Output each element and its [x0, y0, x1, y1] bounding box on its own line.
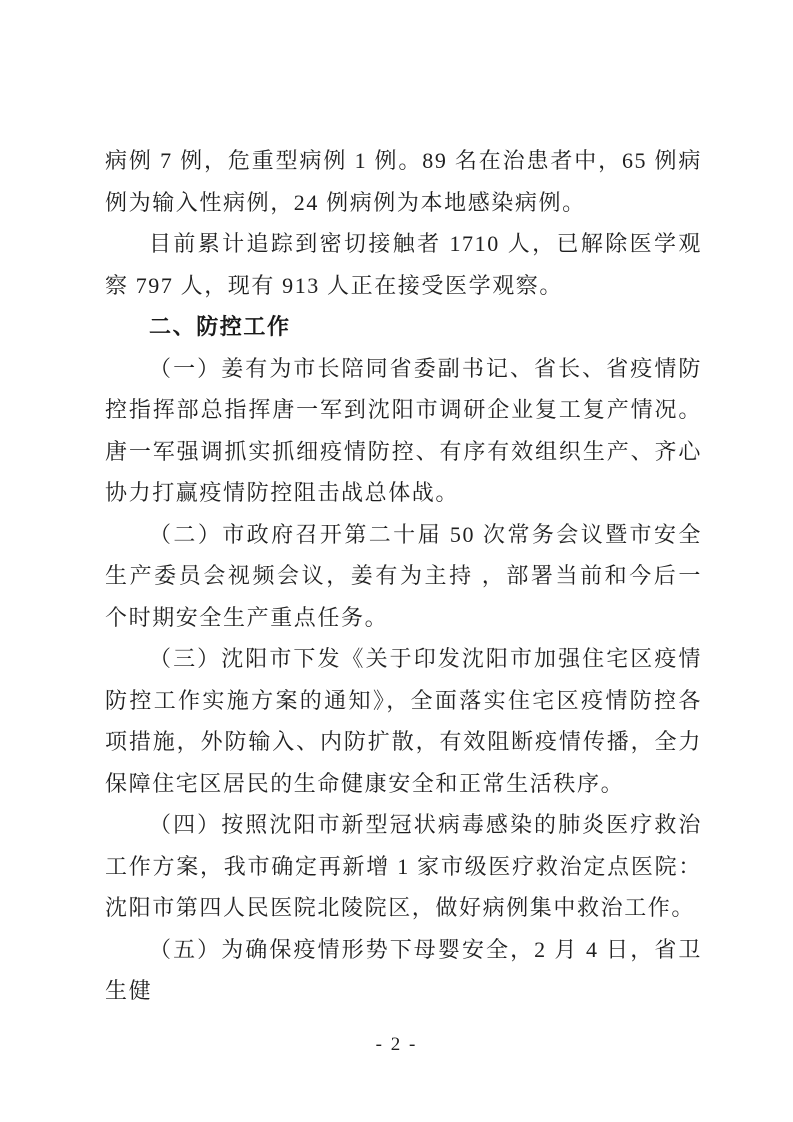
section-heading-prevention-work: 二、防控工作	[105, 306, 702, 348]
document-body: 病例 7 例，危重型病例 1 例。89 名在治患者中，65 例病例为输入性病例，…	[105, 140, 702, 1012]
paragraph-cases-continuation: 病例 7 例，危重型病例 1 例。89 名在治患者中，65 例病例为输入性病例，…	[105, 140, 702, 223]
paragraph-close-contacts: 目前累计追踪到密切接触者 1710 人，已解除医学观察 797 人，现有 913…	[105, 223, 702, 306]
paragraph-item-4-designated-hospital: （四）按照沈阳市新型冠状病毒感染的肺炎医疗救治工作方案，我市确定再新增 1 家市…	[105, 804, 702, 929]
paragraph-item-5-maternal-safety: （五）为确保疫情形势下母婴安全，2 月 4 日，省卫生健	[105, 929, 702, 1012]
paragraph-item-1-mayor-inspection: （一）姜有为市长陪同省委副书记、省长、省疫情防控指挥部总指挥唐一军到沈阳市调研企…	[105, 348, 702, 514]
page-footer: - 2 -	[0, 1034, 793, 1056]
page-number: - 2 -	[376, 1034, 418, 1055]
paragraph-item-3-residential-notice: （三）沈阳市下发《关于印发沈阳市加强住宅区疫情防控工作实施方案的通知》，全面落实…	[105, 638, 702, 804]
paragraph-item-2-executive-meeting: （二）市政府召开第二十届 50 次常务会议暨市安全生产委员会视频会议，姜有为主持…	[105, 514, 702, 639]
document-page: 病例 7 例，危重型病例 1 例。89 名在治患者中，65 例病例为输入性病例，…	[0, 0, 793, 1122]
